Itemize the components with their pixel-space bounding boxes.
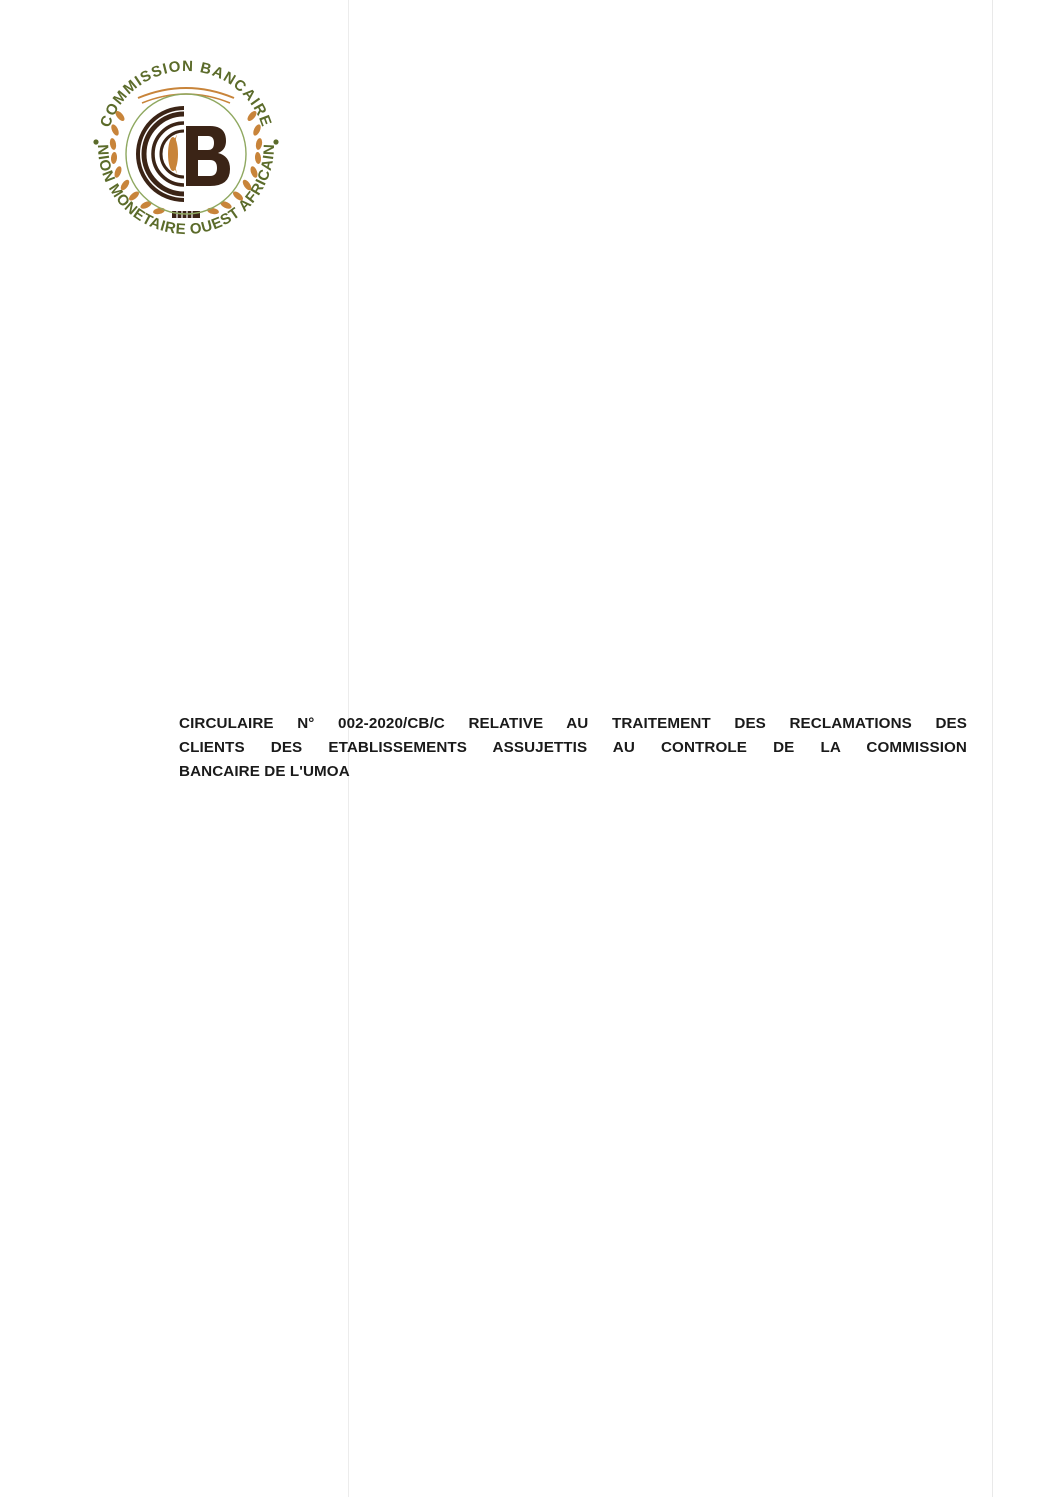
document-title: CIRCULAIRE N° 002-2020/CB/C RELATIVE AU … (179, 712, 967, 784)
title-line: CIRCULAIRE N° 002-2020/CB/C RELATIVE AU … (179, 712, 967, 736)
scan-artifact-line (992, 0, 993, 1497)
title-line: BANCAIRE DE L'UMOA (179, 760, 967, 784)
commission-bancaire-logo: COMMISSION BANCAIRE UNION MONETAIRE OUES… (76, 46, 296, 256)
title-line: CLIENTS DES ETABLISSEMENTS ASSUJETTIS AU… (179, 736, 967, 760)
logo-emblem-icon: COMMISSION BANCAIRE UNION MONETAIRE OUES… (76, 46, 296, 256)
